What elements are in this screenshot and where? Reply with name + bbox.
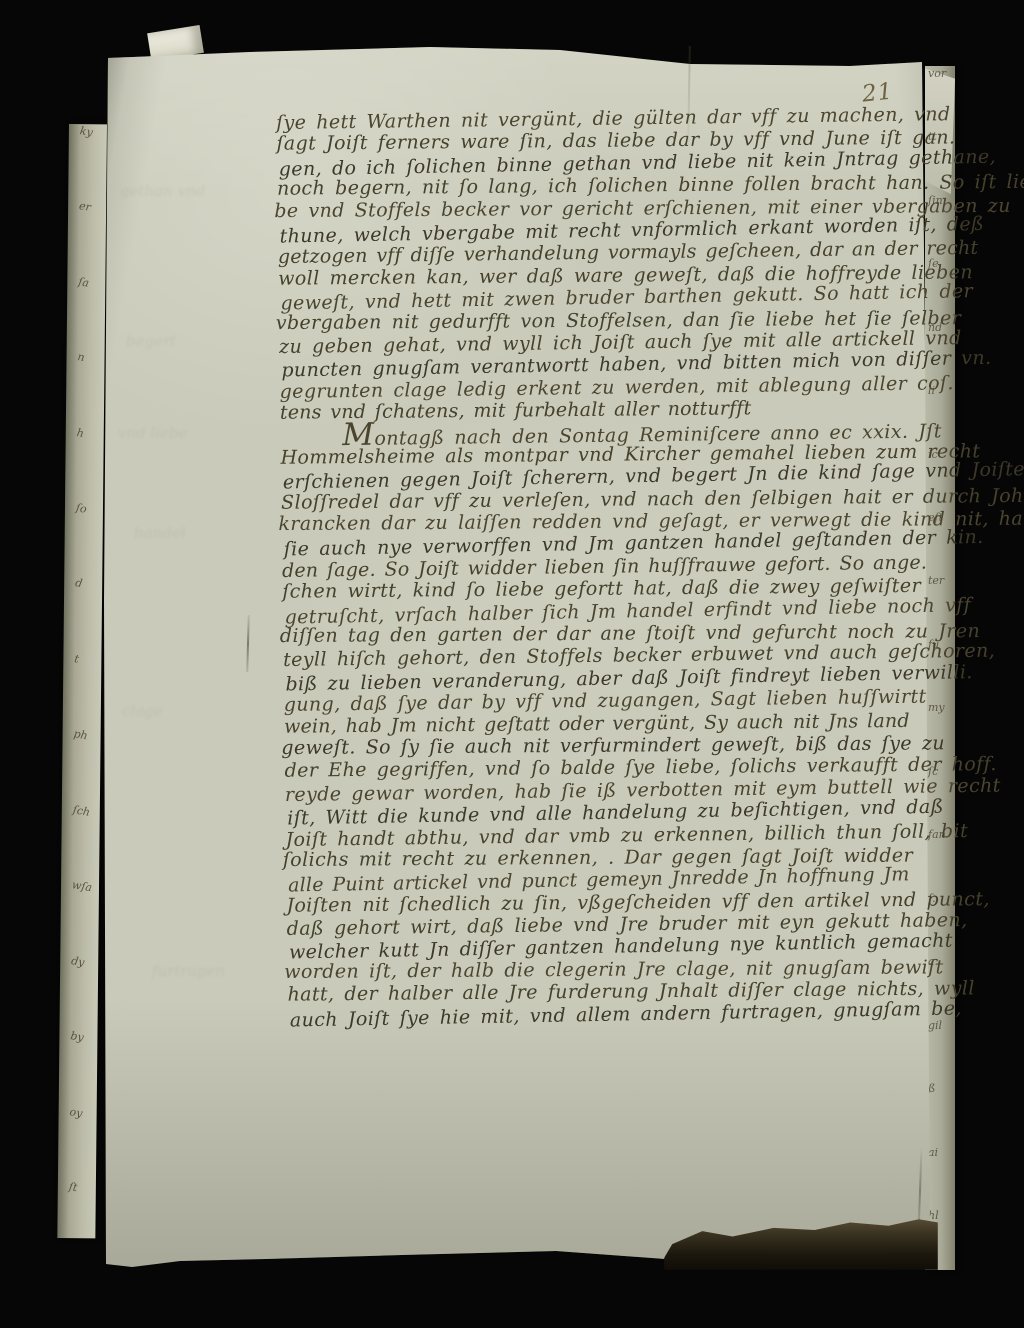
bleedthrough-text: clage xyxy=(122,702,163,720)
bleedthrough-text: gethan vnd xyxy=(120,182,205,200)
bleedthrough-text: begert xyxy=(126,332,176,350)
manuscript-text: ſye hett Warthen nit vergünt, die gülten… xyxy=(276,103,938,1029)
bleedthrough-text: vnd liebe xyxy=(118,424,187,442)
bleedthrough-text: furtragen xyxy=(152,962,225,980)
text-line: vbergaben nit gedurfft von Stoffelsen, d… xyxy=(276,307,926,334)
manuscript-photo: kyerſanhſodtphſchwſadybyoyſt vorttſinſen… xyxy=(0,0,1024,1328)
text-line: diſſen tag den garten der dar ane ſtoiſt… xyxy=(280,620,930,647)
paragraph-1: ſye hett Warthen nit vergünt, die gülten… xyxy=(276,103,930,425)
paragraph-2: Montagß nach den Sontag Reminiſcere anno… xyxy=(280,417,938,1030)
bleedthrough-text: handel xyxy=(134,524,186,542)
